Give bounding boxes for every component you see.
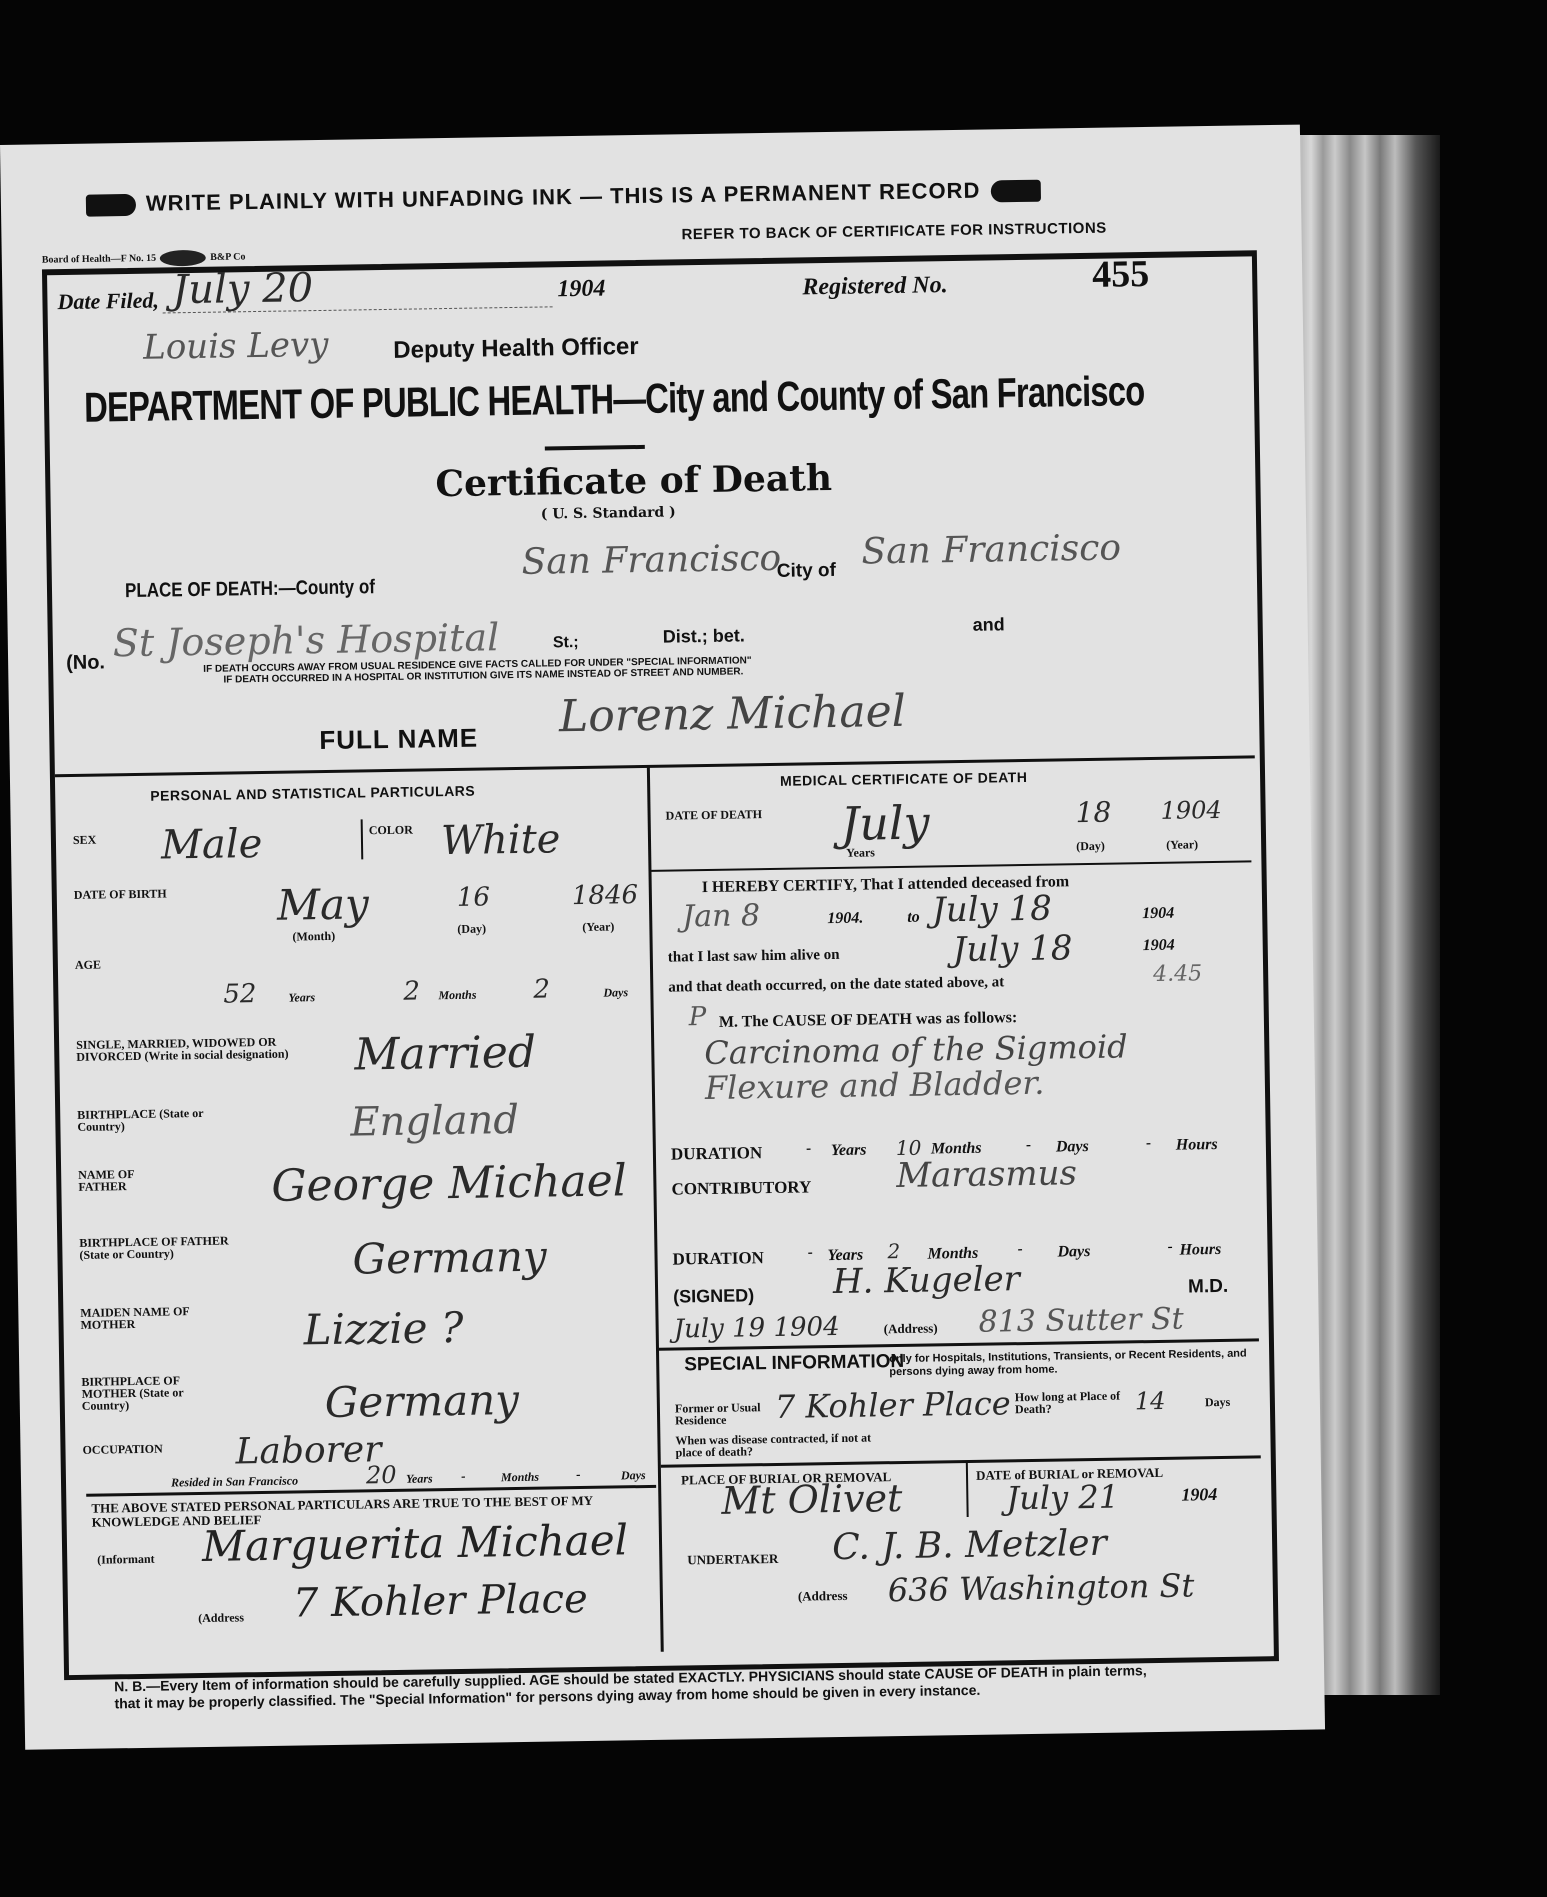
city-label: City of — [777, 560, 836, 583]
resided-days-caption: Days — [621, 1468, 646, 1483]
sex-label: SEX — [73, 834, 97, 846]
dod-day: 18 — [1075, 796, 1111, 830]
mother-birthplace-value: Germany — [324, 1375, 519, 1427]
date-filed-label: Date Filed, — [57, 288, 159, 316]
undertaker-label: UNDERTAKER — [687, 1553, 778, 1566]
marital-value: Married — [354, 1027, 536, 1081]
to-label: to — [907, 909, 920, 927]
duration2-label: DURATION — [672, 1248, 764, 1269]
birthplace-value: England — [350, 1097, 519, 1146]
duration2-days: - — [1017, 1241, 1023, 1259]
last-saw-year: 1904 — [1143, 937, 1175, 956]
occupation-label: OCCUPATION — [82, 1443, 162, 1456]
attended-to-year: 1904 — [1142, 905, 1174, 924]
attended-from: Jan 8 — [682, 898, 760, 934]
registered-label: Registered No. — [802, 272, 948, 301]
duration1-label: DURATION — [671, 1143, 763, 1164]
color-value: White — [441, 816, 561, 864]
undertaker-address: 636 Washington St — [888, 1566, 1195, 1609]
burial-year: 1904 — [1181, 1484, 1217, 1506]
resided-years: 20 — [366, 1461, 397, 1489]
full-name-label: FULL NAME — [319, 723, 478, 756]
form-id: Board of Health—F No. 15B&P Co — [42, 249, 246, 268]
us-standard-label: ( U. S. Standard ) — [541, 504, 676, 522]
county-value: San Francisco — [521, 538, 781, 583]
age-label: AGE — [75, 959, 101, 971]
father-birthplace-value: Germany — [352, 1232, 547, 1284]
special-title: SPECIAL INFORMATION — [684, 1351, 904, 1376]
resided-days: - — [576, 1466, 581, 1482]
dod-month-caption: Years — [846, 846, 875, 858]
certificate-title: Certificate of Death — [435, 457, 832, 505]
duration1-days: - — [1026, 1137, 1032, 1155]
usual-residence: 7 Kohler Place — [775, 1384, 1011, 1426]
informant-address-label: (Address — [198, 1611, 244, 1624]
refer-instructions: REFER TO BACK OF CERTIFICATE FOR INSTRUC… — [681, 220, 1106, 244]
father-label: NAME OF FATHER — [78, 1167, 168, 1192]
time-of-death: 4.45 — [1153, 961, 1202, 987]
informant-address: 7 Kohler Place — [293, 1576, 588, 1627]
date-filed-value: July 20 — [172, 265, 314, 313]
city-value: San Francisco — [861, 527, 1121, 572]
registered-number: 455 — [1092, 252, 1150, 297]
duration1-years: - — [806, 1140, 812, 1158]
attended-to: July 18 — [932, 889, 1052, 931]
dob-label: DATE OF BIRTH — [74, 887, 167, 900]
am-pm: P — [689, 1002, 707, 1032]
full-name-value: Lorenz Michael — [559, 686, 907, 742]
attended-from-year: 1904. — [827, 910, 863, 929]
duration2-hours-caption: Hours — [1179, 1241, 1221, 1260]
physician-signature: H. Kugeler — [833, 1259, 1021, 1302]
permanent-record-warning: WRITE PLAINLY WITH UNFADING INK — THIS I… — [86, 177, 1041, 218]
sex-value: Male — [161, 821, 263, 869]
place-of-death-label: PLACE OF DEATH:—County of — [125, 576, 375, 603]
mother-birthplace-label: BIRTHPLACE OF MOTHER (State or Country) — [81, 1374, 232, 1412]
duration2-hours: - — [1167, 1239, 1173, 1257]
duration1-hours: - — [1146, 1135, 1152, 1153]
dod-day-caption: (Day) — [1076, 840, 1105, 852]
informant-label: (Informant — [97, 1553, 155, 1566]
years-caption: Years — [288, 990, 315, 1005]
dob-day: 16 — [457, 882, 491, 913]
street-label: St.; — [553, 634, 579, 652]
dob-year: 1846 — [572, 880, 639, 911]
death-certificate: WRITE PLAINLY WITH UNFADING INK — THIS I… — [0, 125, 1325, 1750]
age-days: 2 — [533, 974, 550, 1004]
last-saw-date: July 18 — [952, 928, 1072, 970]
how-long-label: How long at Place of Death? — [1015, 1389, 1125, 1415]
contributory-label: CONTRIBUTORY — [671, 1177, 811, 1199]
father-birthplace-label: BIRTHPLACE OF FATHER (State or Country) — [79, 1235, 229, 1261]
union-seal-icon — [160, 250, 206, 267]
how-long-days-caption: Days — [1205, 1396, 1231, 1408]
occupation-value: Laborer — [235, 1429, 381, 1472]
usual-residence-label: Former or Usual Residence — [675, 1401, 770, 1426]
duration2-months: 2 — [887, 1239, 900, 1263]
birthplace-label: BIRTHPLACE (State or Country) — [77, 1107, 227, 1133]
duration2-days-caption: Days — [1057, 1243, 1090, 1262]
resided-months: - — [461, 1468, 466, 1484]
signed-label: (SIGNED) — [673, 1285, 754, 1307]
dod-label: DATE OF DEATH — [666, 808, 763, 822]
resided-label: Resided in San Francisco — [171, 1473, 298, 1490]
date-filed-year: 1904 — [557, 276, 605, 304]
dob-month: May — [277, 879, 370, 929]
month-caption: (Month) — [292, 930, 335, 943]
months-caption: Months — [438, 988, 476, 1004]
last-saw-label: that I last saw him alive on — [668, 947, 840, 967]
undertaker-address-label: (Address — [798, 1590, 848, 1603]
officer-signature: Louis Levy — [143, 325, 329, 368]
contracted-label: When was disease contracted, if not at p… — [675, 1431, 895, 1458]
age-months: 2 — [403, 977, 420, 1007]
mother-value: Lizzie ? — [303, 1303, 463, 1355]
days-caption: Days — [603, 985, 628, 1000]
md-label: M.D. — [1188, 1276, 1228, 1299]
day-caption: (Day) — [457, 922, 486, 934]
no-label: (No. — [66, 651, 105, 675]
duration2-years: - — [807, 1244, 813, 1262]
dod-year-caption: (Year) — [1166, 838, 1198, 851]
and-label: and — [972, 614, 1004, 636]
dod-month: July — [840, 795, 930, 850]
district-label: Dist.; bet. — [663, 625, 745, 647]
burial-date: July 21 — [1006, 1478, 1119, 1518]
color-label: COLOR — [369, 824, 413, 837]
physician-address-label: (Address) — [884, 1322, 938, 1335]
resided-years-caption: Years — [406, 1471, 433, 1486]
mother-label: MAIDEN NAME OF MOTHER — [80, 1305, 210, 1331]
how-long-value: 14 — [1135, 1387, 1166, 1415]
cause-line2: Flexure and Bladder. — [705, 1064, 1045, 1107]
pointing-hand-icon — [86, 194, 136, 217]
signed-date: July 19 1904 — [673, 1312, 839, 1345]
contributory-value: Marasmus — [896, 1153, 1077, 1196]
burial-place: Mt Olivet — [721, 1476, 903, 1523]
pointing-hand-icon — [990, 180, 1040, 203]
father-value: George Michael — [271, 1155, 627, 1212]
resided-months-caption: Months — [501, 1470, 539, 1486]
marital-label: SINGLE, MARRIED, WIDOWED OR DIVORCED (Wr… — [76, 1035, 306, 1063]
undertaker-name: C. J. B. Metzler — [832, 1523, 1107, 1568]
informant-name: Marguerita Michael — [202, 1515, 629, 1571]
officer-title: Deputy Health Officer — [393, 333, 639, 365]
physician-address: 813 Sutter St — [978, 1302, 1184, 1340]
place-of-death-location: St Joseph's Hospital — [112, 615, 499, 665]
dod-year: 1904 — [1160, 796, 1222, 825]
duration1-hours-caption: Hours — [1176, 1136, 1218, 1155]
age-years: 52 — [223, 979, 257, 1010]
year-caption: (Year) — [582, 920, 614, 933]
duration1-years-caption: Years — [831, 1142, 867, 1161]
